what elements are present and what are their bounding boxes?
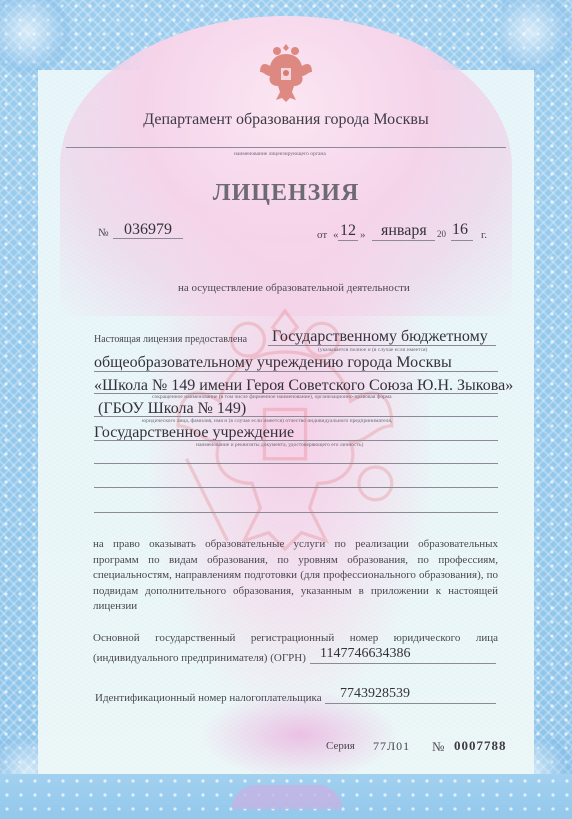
date-day: 12 — [340, 222, 356, 240]
year-prefix: 20 — [437, 229, 446, 239]
caption-full-name: (указывается полное и (в случае если име… — [318, 347, 427, 353]
date-prefix: от — [317, 229, 327, 241]
ogrn-value: 1147746634386 — [320, 646, 410, 662]
blank-rule — [94, 463, 498, 464]
granted-to-label: Настоящая лицензия предоставлена — [94, 334, 247, 345]
inn-rule — [325, 703, 496, 704]
number-sign: № — [98, 227, 109, 239]
date-close-quote: » — [360, 229, 366, 241]
blank-number: 0007788 — [454, 738, 507, 754]
licensee-rule-1 — [268, 345, 496, 346]
blank-number-sign: № — [432, 739, 444, 755]
year-rule — [451, 240, 473, 241]
activity-text: на осуществление образовательной деятель… — [178, 282, 410, 294]
ogrn-label-line-1: Основной государственный регистрационный… — [93, 632, 498, 644]
authority-rule — [66, 147, 506, 148]
licensee-line-2: общеобразовательному учреждению города М… — [94, 354, 452, 372]
year-unit: г. — [481, 229, 487, 241]
ogrn-rule — [310, 663, 496, 664]
series-value: 77Л01 — [373, 739, 410, 754]
month-rule — [372, 240, 435, 241]
date-month: января — [381, 222, 427, 240]
inn-label: Идентификационный номер налогоплательщик… — [95, 692, 322, 704]
licensee-rule-4 — [94, 416, 498, 417]
licensee-rule-2 — [94, 371, 498, 372]
authority-caption: наименование лицензирующего органа — [234, 151, 326, 157]
license-document: Департамент образования города Москвы на… — [0, 0, 572, 819]
ogrn-label-line-2: (индивидуального предпринимателя) (ОГРН) — [93, 652, 306, 664]
blank-rule — [94, 487, 498, 488]
caption-id-document: наименование и реквизиты документа, удос… — [196, 442, 363, 448]
number-rule — [113, 238, 183, 239]
day-rule — [338, 240, 358, 241]
issuing-authority: Департамент образования города Москвы — [0, 111, 572, 129]
document-title: ЛИЦЕНЗИЯ — [0, 180, 572, 207]
license-number: 036979 — [124, 221, 172, 239]
inn-value: 7743928539 — [340, 686, 410, 702]
rights-paragraph: на право оказывать образовательные услуг… — [93, 537, 498, 615]
licensee-line-1: Государственному бюджетному — [272, 328, 488, 346]
date-year: 16 — [452, 221, 468, 239]
blank-rule — [94, 512, 498, 513]
licensee-rule-5 — [94, 440, 498, 441]
series-label: Серия — [326, 740, 355, 752]
